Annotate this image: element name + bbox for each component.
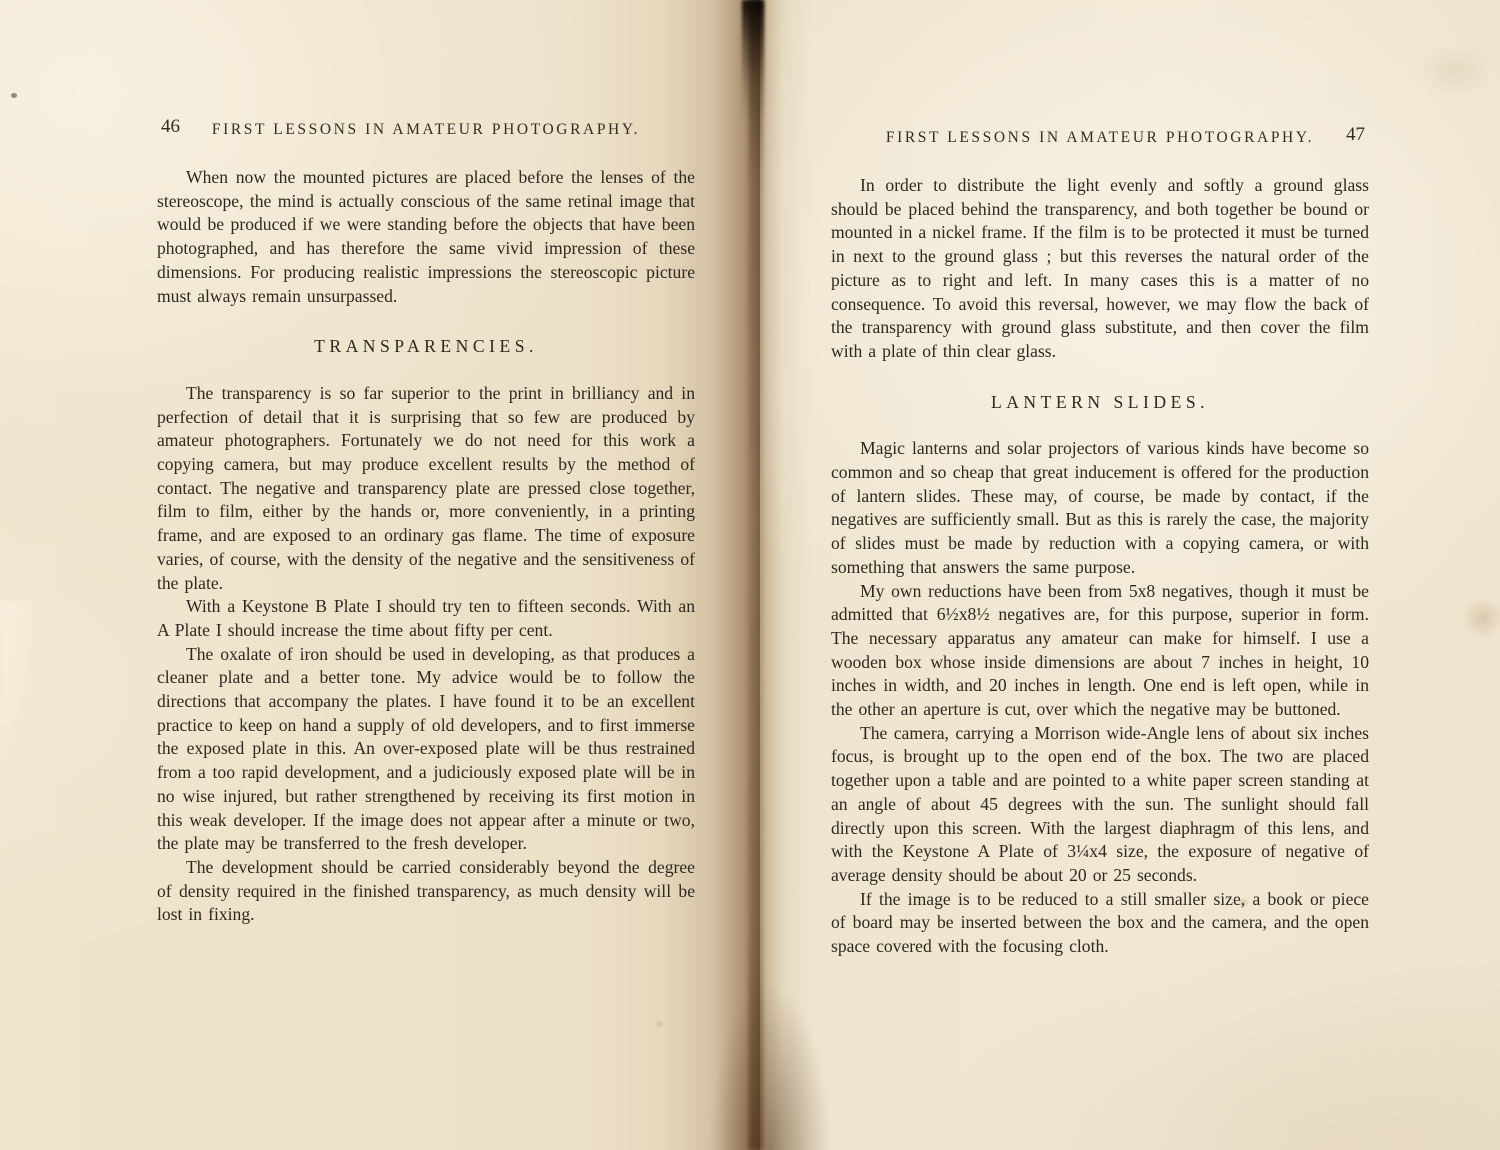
- running-header-left: FIRST LESSONS IN AMATEUR PHOTOGRAPHY.: [212, 121, 640, 138]
- book-spread: 46 FIRST LESSONS IN AMATEUR PHOTOGRAPHY.…: [0, 0, 1500, 1150]
- paragraph: The oxalate of iron should be used in de…: [157, 643, 695, 856]
- paper-crease: [0, 600, 34, 820]
- paragraph: With a Keystone B Plate I should try ten…: [157, 595, 695, 642]
- page-number-46: 46: [161, 115, 180, 139]
- page-number-47: 47: [1346, 123, 1365, 147]
- page-47-header: FIRST LESSONS IN AMATEUR PHOTOGRAPHY. 47: [831, 126, 1369, 152]
- paragraph: The transparency is so far superior to t…: [157, 382, 695, 595]
- paragraph: In order to distribute the light evenly …: [831, 174, 1369, 364]
- paragraph: My own reductions have been from 5x8 neg…: [831, 580, 1369, 722]
- paragraph: When now the mounted pictures are placed…: [157, 166, 695, 308]
- page-46-header: 46 FIRST LESSONS IN AMATEUR PHOTOGRAPHY.: [157, 118, 695, 144]
- book-gutter-bottom-shadow: [688, 900, 838, 1150]
- paragraph: The camera, carrying a Morrison wide-Ang…: [831, 722, 1369, 888]
- running-header-right: FIRST LESSONS IN AMATEUR PHOTOGRAPHY.: [886, 129, 1314, 146]
- section-heading-lantern-slides: LANTERN SLIDES.: [831, 391, 1369, 415]
- page-47-text-column: FIRST LESSONS IN AMATEUR PHOTOGRAPHY. 47…: [831, 126, 1369, 959]
- section-heading-transparencies: TRANSPARENCIES.: [157, 335, 695, 359]
- paragraph: The development should be carried consid…: [157, 856, 695, 927]
- paragraph: Magic lanterns and solar projectors of v…: [831, 437, 1369, 579]
- paragraph: If the image is to be reduced to a still…: [831, 888, 1369, 959]
- book-gutter-top-shadow: [742, 0, 764, 120]
- page-46-text-column: 46 FIRST LESSONS IN AMATEUR PHOTOGRAPHY.…: [157, 118, 695, 927]
